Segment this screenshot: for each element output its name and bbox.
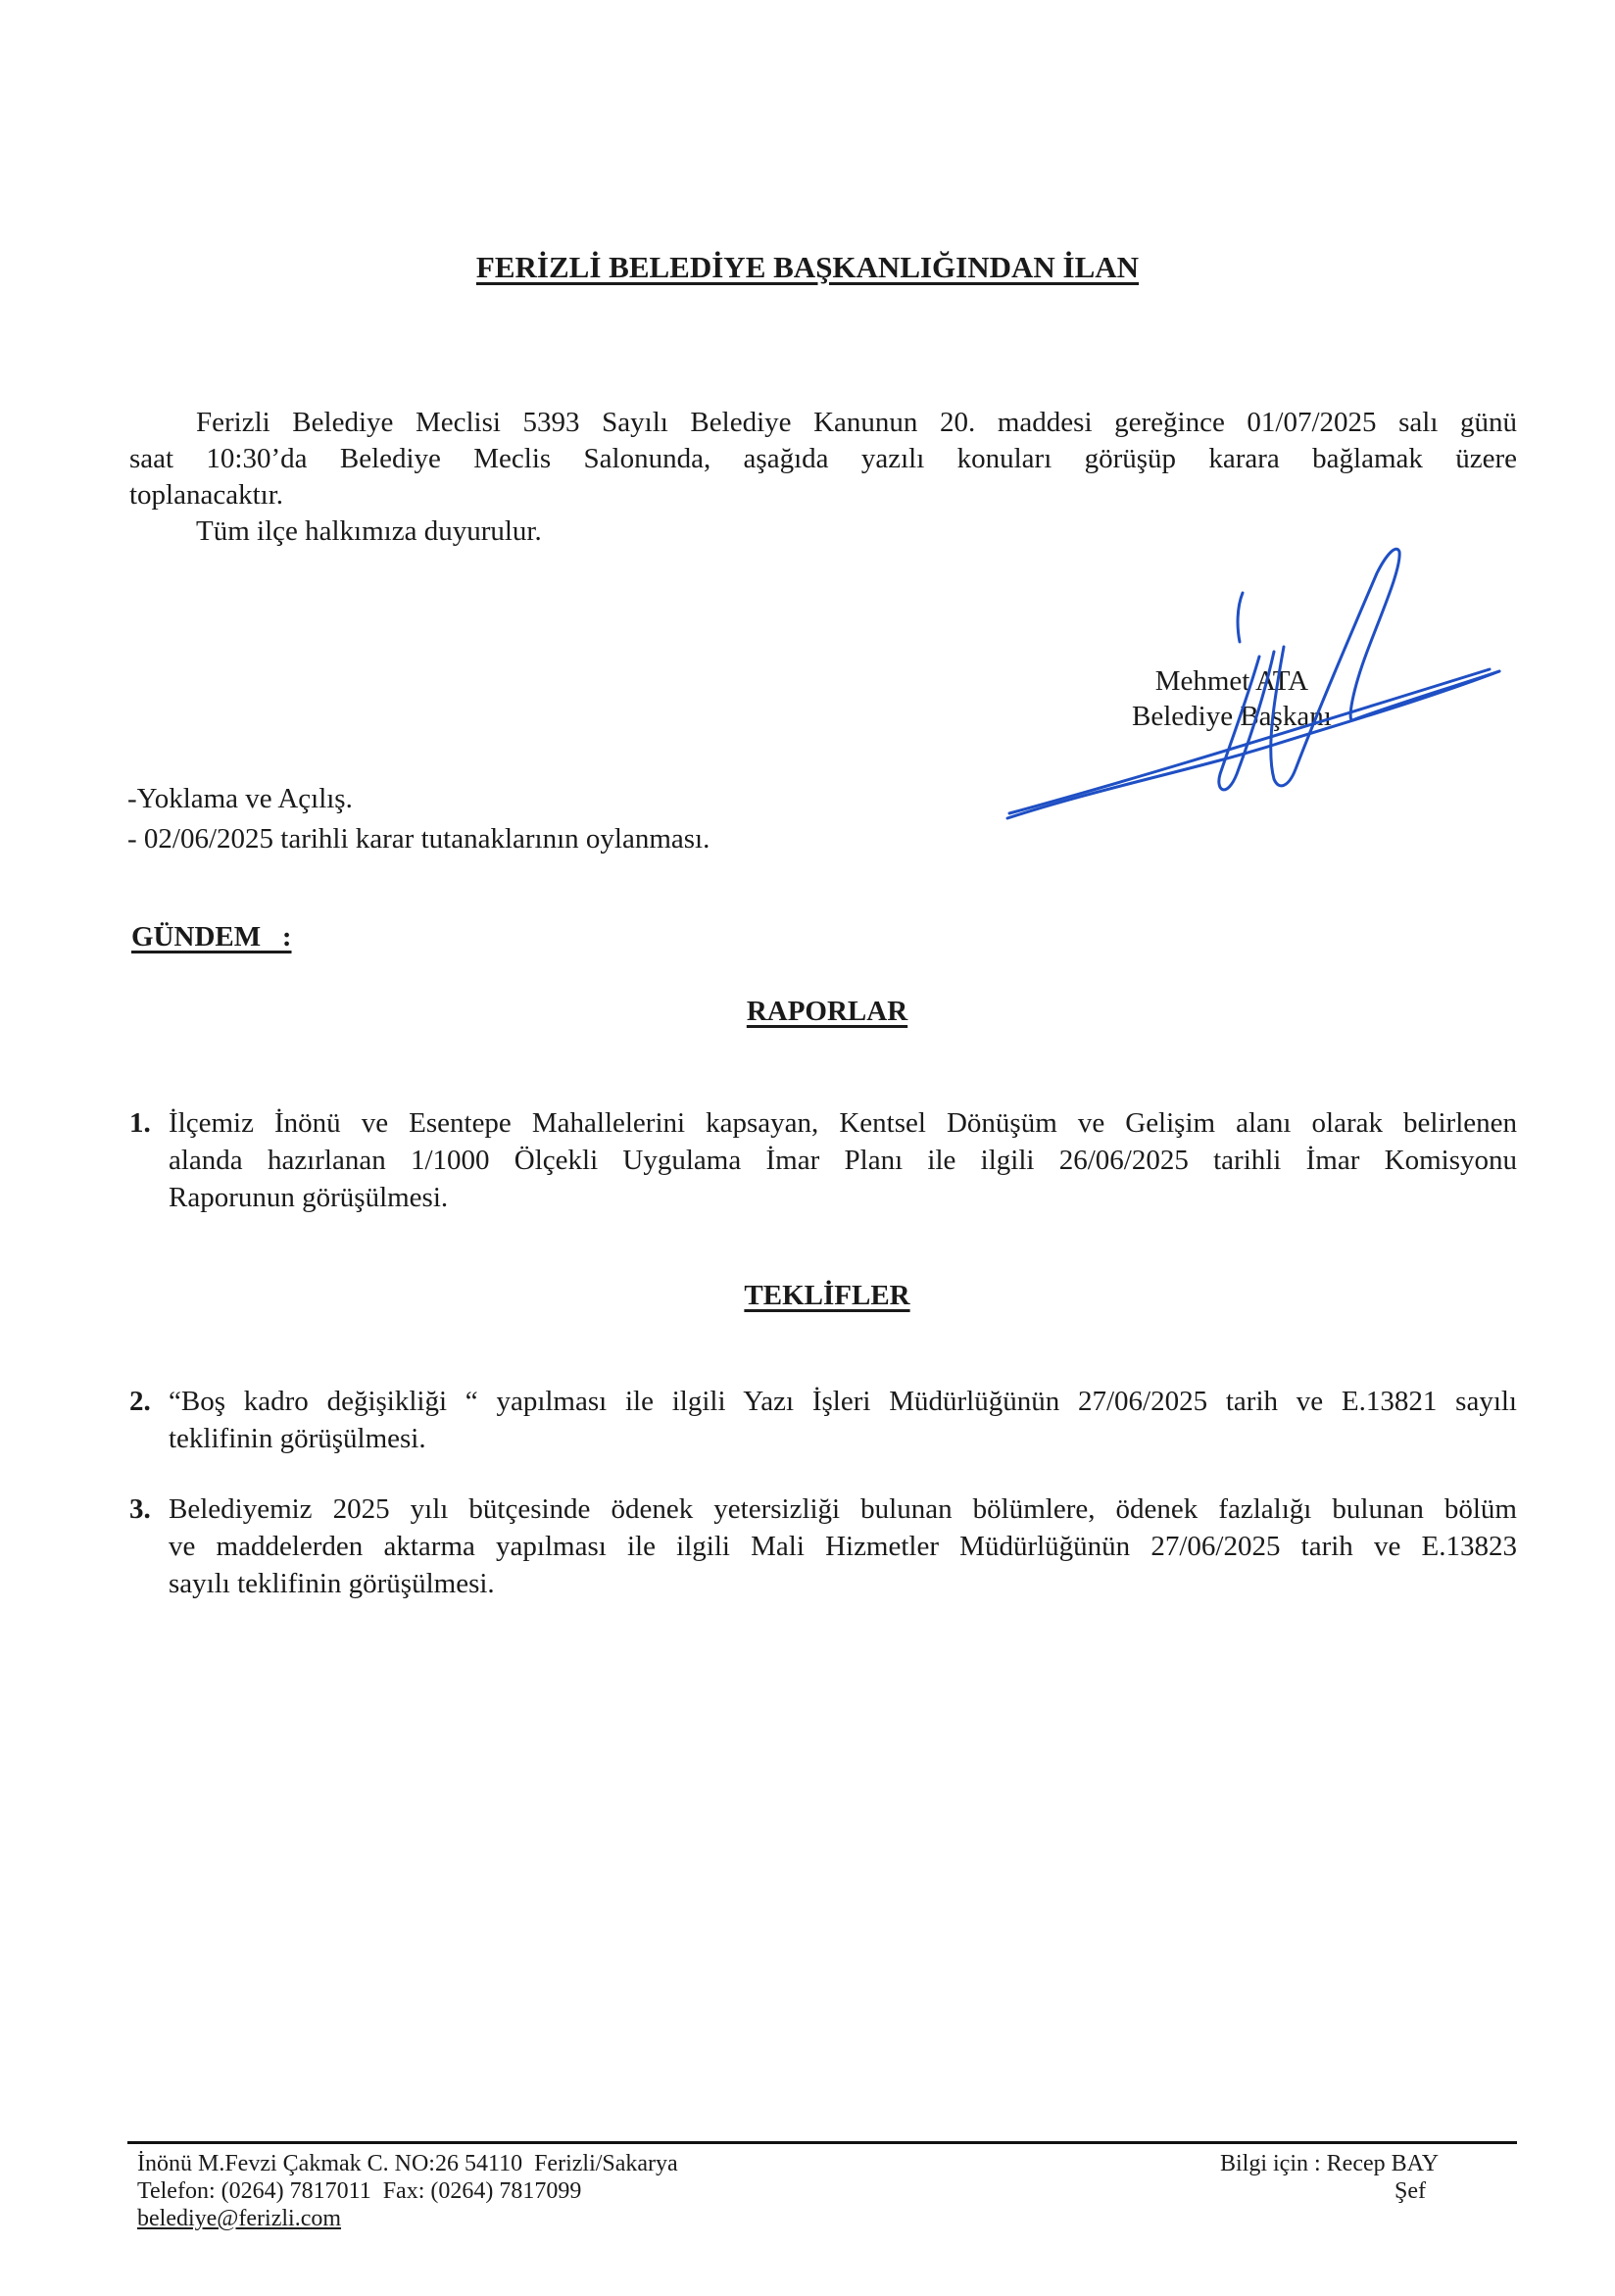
intro-paragraph: Ferizli Belediye Meclisi 5393 Sayılı Bel… [129, 405, 1517, 550]
footer-email-link[interactable]: belediye@ferizli.com [137, 2206, 341, 2231]
agenda-item-1: 1. İlçemiz İnönü ve Esentepe Mahalleleri… [129, 1104, 1517, 1216]
document-title: FERİZLİ BELEDİYE BAŞKANLIĞINDAN İLAN [0, 250, 1615, 285]
agenda-item-2: 2. “Boş kadro değişikliği “ yapılması il… [129, 1383, 1517, 1457]
section-heading-text: RAPORLAR [747, 996, 907, 1027]
opening-item: -Yoklama ve Açılış. [127, 779, 710, 819]
intro-line: toplanacaktır. [129, 477, 1517, 513]
item-number: 1. [129, 1104, 169, 1142]
signature-block: Mehmet ATA Belediye Başkanı [1132, 663, 1332, 734]
section-heading-text: TEKLİFLER [744, 1280, 909, 1311]
section-heading-raporlar: RAPORLAR [0, 996, 1615, 1028]
footer-info: Bilgi için : Recep BAY Şef [1220, 2150, 1439, 2205]
footer-contact: İnönü M.Fevzi Çakmak C. NO:26 54110 Feri… [137, 2150, 678, 2232]
item-line: İlçemiz İnönü ve Esentepe Mahallelerini … [169, 1104, 1517, 1142]
opening-item: - 02/06/2025 tarihli karar tutanaklarını… [127, 819, 710, 859]
signatory-title: Belediye Başkanı [1132, 699, 1332, 734]
signatory-name: Mehmet ATA [1132, 663, 1332, 699]
footer-divider [127, 2141, 1517, 2144]
agenda-label: GÜNDEM : [131, 921, 292, 953]
item-line: sayılı teklifinin görüşülmesi. [169, 1565, 1517, 1602]
footer-info-contact: Bilgi için : Recep BAY [1220, 2150, 1439, 2177]
footer-phone-fax: Telefon: (0264) 7817011 Fax: (0264) 7817… [137, 2177, 678, 2205]
intro-line: Ferizli Belediye Meclisi 5393 Sayılı Bel… [129, 405, 1517, 441]
opening-items: -Yoklama ve Açılış. - 02/06/2025 tarihli… [127, 779, 710, 859]
intro-line: saat 10:30’da Belediye Meclis Salonunda,… [129, 441, 1517, 477]
announcement-text: Tüm ilçe halkımıza duyurulur. [129, 513, 1517, 550]
item-number: 2. [129, 1383, 169, 1420]
agenda-item-3: 3. Belediyemiz 2025 yılı bütçesinde öden… [129, 1490, 1517, 1602]
item-line: Raporunun görüşülmesi. [169, 1179, 1517, 1216]
item-line: Belediyemiz 2025 yılı bütçesinde ödenek … [169, 1490, 1517, 1528]
item-number: 3. [129, 1490, 169, 1528]
footer-info-role: Şef [1220, 2177, 1439, 2205]
footer-address: İnönü M.Fevzi Çakmak C. NO:26 54110 Feri… [137, 2150, 678, 2177]
item-line: alanda hazırlanan 1/1000 Ölçekli Uygulam… [169, 1142, 1517, 1179]
section-heading-teklifler: TEKLİFLER [0, 1280, 1615, 1312]
document-title-text: FERİZLİ BELEDİYE BAŞKANLIĞINDAN İLAN [476, 250, 1139, 284]
item-line: teklifinin görüşülmesi. [169, 1420, 1517, 1457]
item-line: ve maddelerden aktarma yapılması ile ilg… [169, 1528, 1517, 1565]
item-line: “Boş kadro değişikliği “ yapılması ile i… [169, 1383, 1517, 1420]
